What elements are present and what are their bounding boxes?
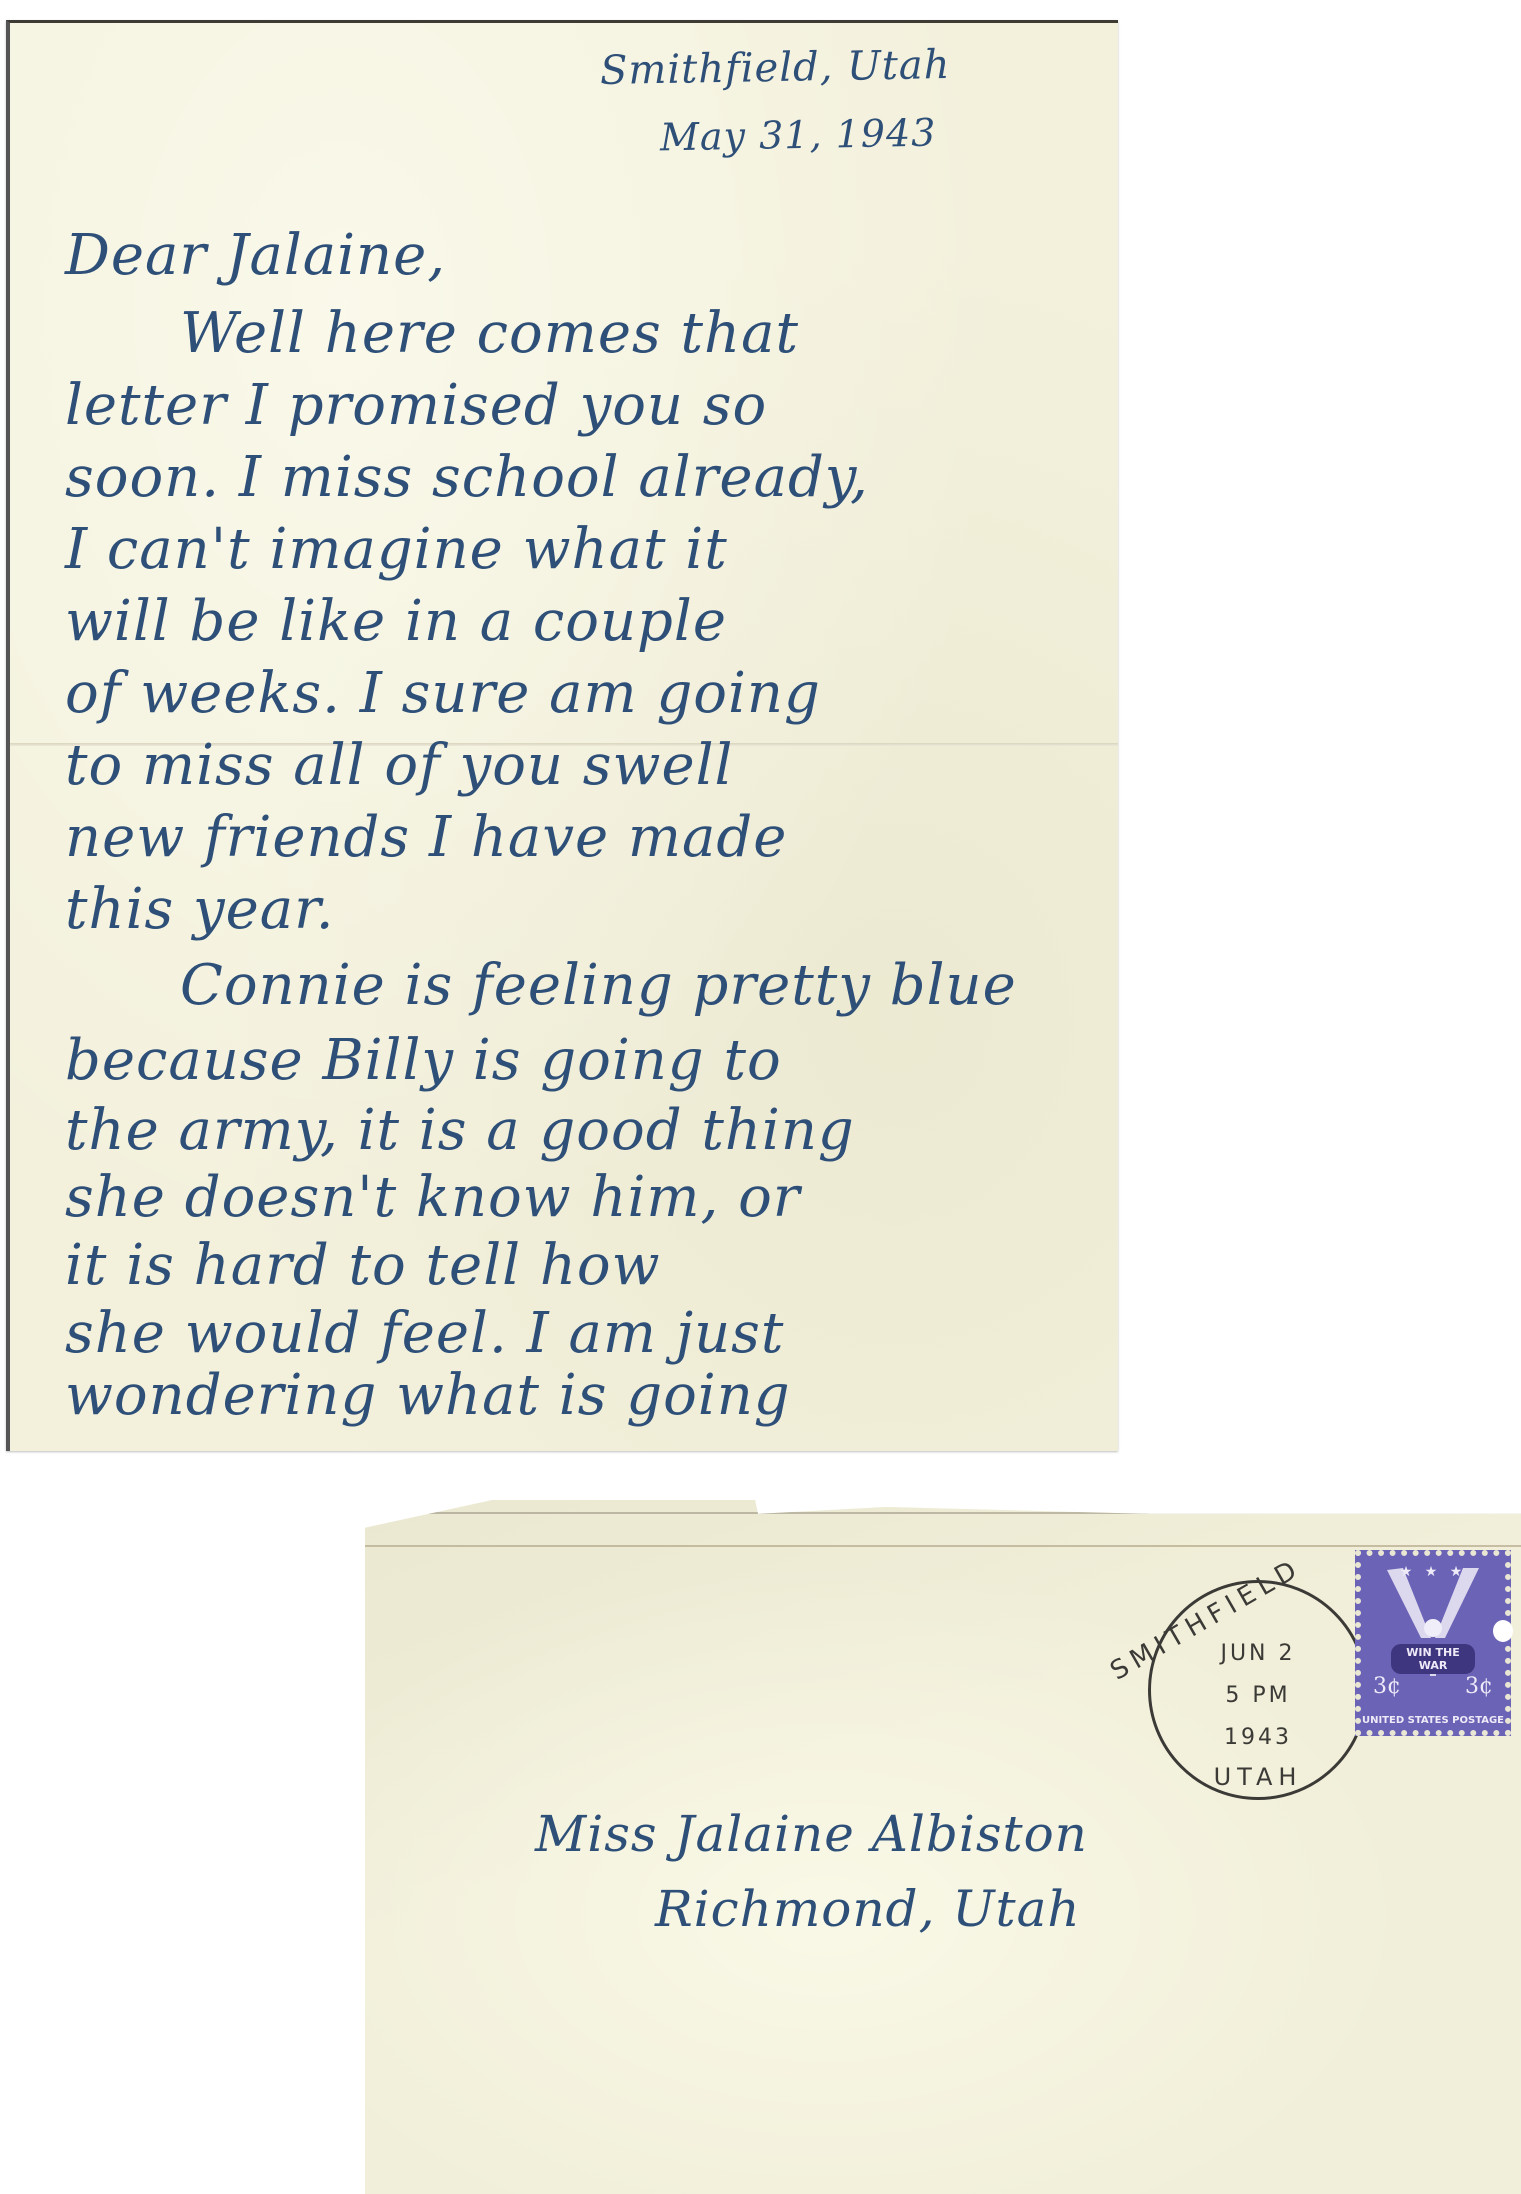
body-line: soon. I miss school already,: [65, 445, 869, 510]
body-line: she would feel. I am just: [65, 1301, 784, 1366]
body-line: she doesn't know him, or: [65, 1165, 801, 1230]
envelope-tear: [1493, 1620, 1513, 1642]
body-line: this year.: [65, 877, 335, 942]
postage-stamp: ★ ★ ★ WIN THE WAR 3¢ 3¢ UNITED STATES PO…: [1355, 1550, 1511, 1736]
stamp-value-left: 3¢: [1373, 1674, 1401, 1699]
body-line: because Billy is going to: [65, 1028, 782, 1093]
body-line: it is hard to tell how: [65, 1233, 661, 1298]
address-city: Richmond, Utah: [655, 1880, 1081, 1938]
body-line: will be like in a couple: [65, 589, 727, 654]
postmark-time: 5 PM: [1151, 1683, 1365, 1708]
address-name: Miss Jalaine Albiston: [535, 1805, 1088, 1863]
body-line: the army, it is a good thing: [65, 1098, 855, 1163]
body-line: Connie is feeling pretty blue: [180, 953, 1017, 1018]
body-line: Well here comes that: [180, 301, 799, 366]
postmark-city: SMITHFIELD: [1105, 1554, 1305, 1687]
body-line: letter I promised you so: [65, 373, 767, 438]
body-line: I can't imagine what it: [65, 517, 728, 582]
postmark-state: UTAH: [1151, 1763, 1365, 1791]
stamp-footer: UNITED STATES POSTAGE: [1361, 1715, 1505, 1726]
letter-page: Smithfield, Utah May 31, 1943 Dear Jalai…: [6, 20, 1118, 1451]
letter-date: May 31, 1943: [660, 111, 937, 160]
envelope: SMITHFIELD JUN 2 5 PM 1943 UTAH ★ ★ ★ WI…: [365, 1500, 1521, 2194]
body-line: of weeks. I sure am going: [65, 661, 821, 726]
body-line: wondering what is going: [65, 1363, 791, 1428]
stamp-stars: ★ ★ ★: [1361, 1564, 1505, 1580]
envelope-flap-edge: [365, 1512, 1521, 1514]
salutation: Dear Jalaine,: [65, 223, 446, 288]
postmark-date: JUN 2: [1151, 1641, 1365, 1666]
stamp-value-right: 3¢: [1465, 1674, 1493, 1699]
postmark-year: 1943: [1151, 1725, 1365, 1750]
stamp-banner: WIN THE WAR: [1391, 1644, 1475, 1674]
letter-place: Smithfield, Utah: [600, 42, 951, 94]
postmark: SMITHFIELD JUN 2 5 PM 1943 UTAH: [1148, 1580, 1368, 1800]
body-line: to miss all of you swell: [65, 733, 733, 798]
envelope-flap-crease: [365, 1545, 1521, 1547]
body-line: new friends I have made: [65, 805, 787, 870]
